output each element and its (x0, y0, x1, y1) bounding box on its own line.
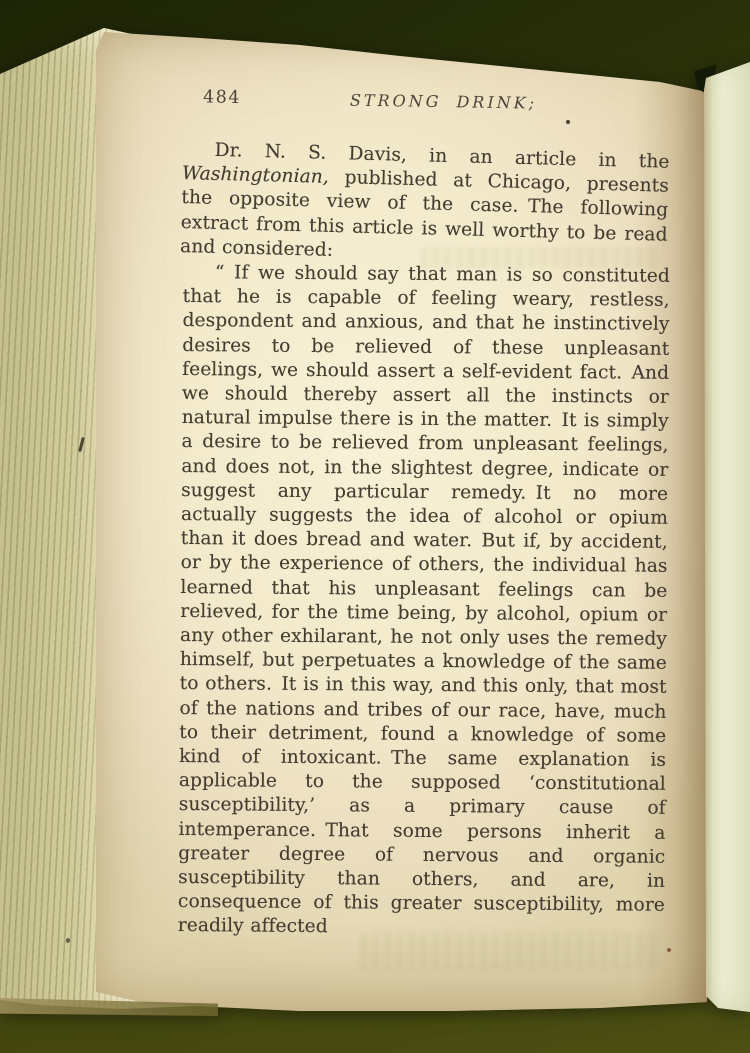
photographed-book-page: { "book_page": { "page_number": "484", "… (0, 0, 750, 1053)
ink-bleed-through (360, 932, 660, 970)
page-number: 484 (203, 87, 241, 108)
dust-speck (66, 938, 70, 943)
printed-text-block: 484 STRONG DRINK; Dr. N. S. Davis, in an… (183, 86, 670, 939)
open-book: 484 STRONG DRINK; Dr. N. S. Davis, in an… (0, 0, 750, 1053)
page-header: 484 STRONG DRINK; (183, 86, 670, 120)
ink-bleed-through (420, 247, 660, 269)
dust-speck (566, 120, 570, 124)
facing-page-edge (700, 60, 750, 1012)
dust-speck (667, 948, 671, 952)
paragraph-quoted-extract: “ If we should say that man is so consti… (178, 261, 670, 942)
running-title: STRONG DRINK; (350, 91, 537, 113)
